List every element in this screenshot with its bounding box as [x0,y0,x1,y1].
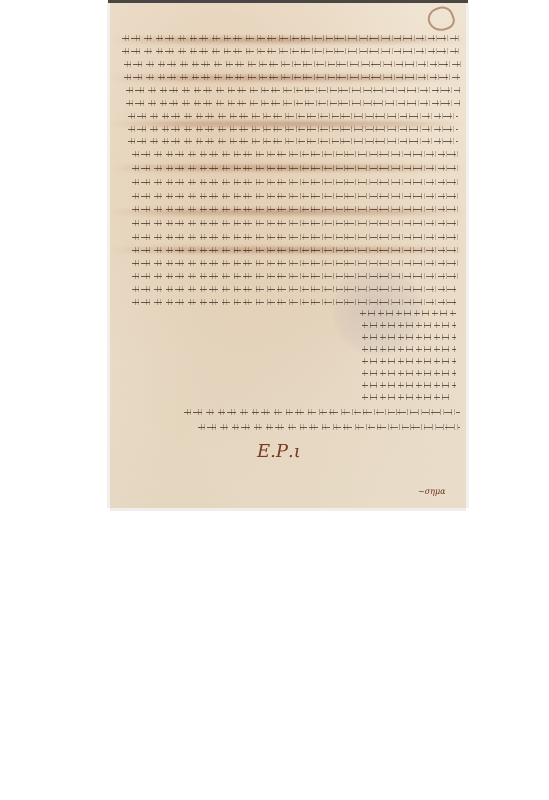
handwritten-line [132,163,458,173]
handwritten-line [132,271,458,281]
manuscript-page: Ε.Ρ.ι ~σημα [110,3,466,508]
handwritten-line [132,191,458,201]
margin-note-line [362,333,456,342]
handwritten-line [128,124,458,134]
margin-note-line [360,309,456,318]
signature: Ε.Ρ.ι [257,441,301,462]
handwritten-line [132,149,458,159]
corner-ink-flourish [425,3,458,34]
margin-note-line [362,381,456,390]
margin-note-line [362,357,456,366]
handwritten-line [132,258,458,268]
margin-note-line [362,393,452,402]
handwritten-line [132,204,458,214]
margin-note-line [362,345,456,354]
handwritten-line [132,245,458,255]
handwritten-line [132,297,456,307]
handwritten-line [132,177,458,187]
handwritten-line [128,136,458,146]
handwritten-line [132,284,456,294]
closing-line [184,407,460,417]
handwritten-line [126,98,460,108]
handwritten-line [132,218,458,228]
handwritten-line [122,33,462,43]
margin-note-line [362,321,456,330]
margin-note-line [362,369,456,378]
bottom-right-note: ~σημα [418,487,446,496]
handwritten-line [126,85,460,95]
handwritten-line [124,59,462,69]
closing-line [198,422,460,432]
handwritten-line [128,111,458,121]
handwritten-line [124,72,460,82]
handwritten-line [132,232,458,242]
handwritten-line [122,46,462,56]
